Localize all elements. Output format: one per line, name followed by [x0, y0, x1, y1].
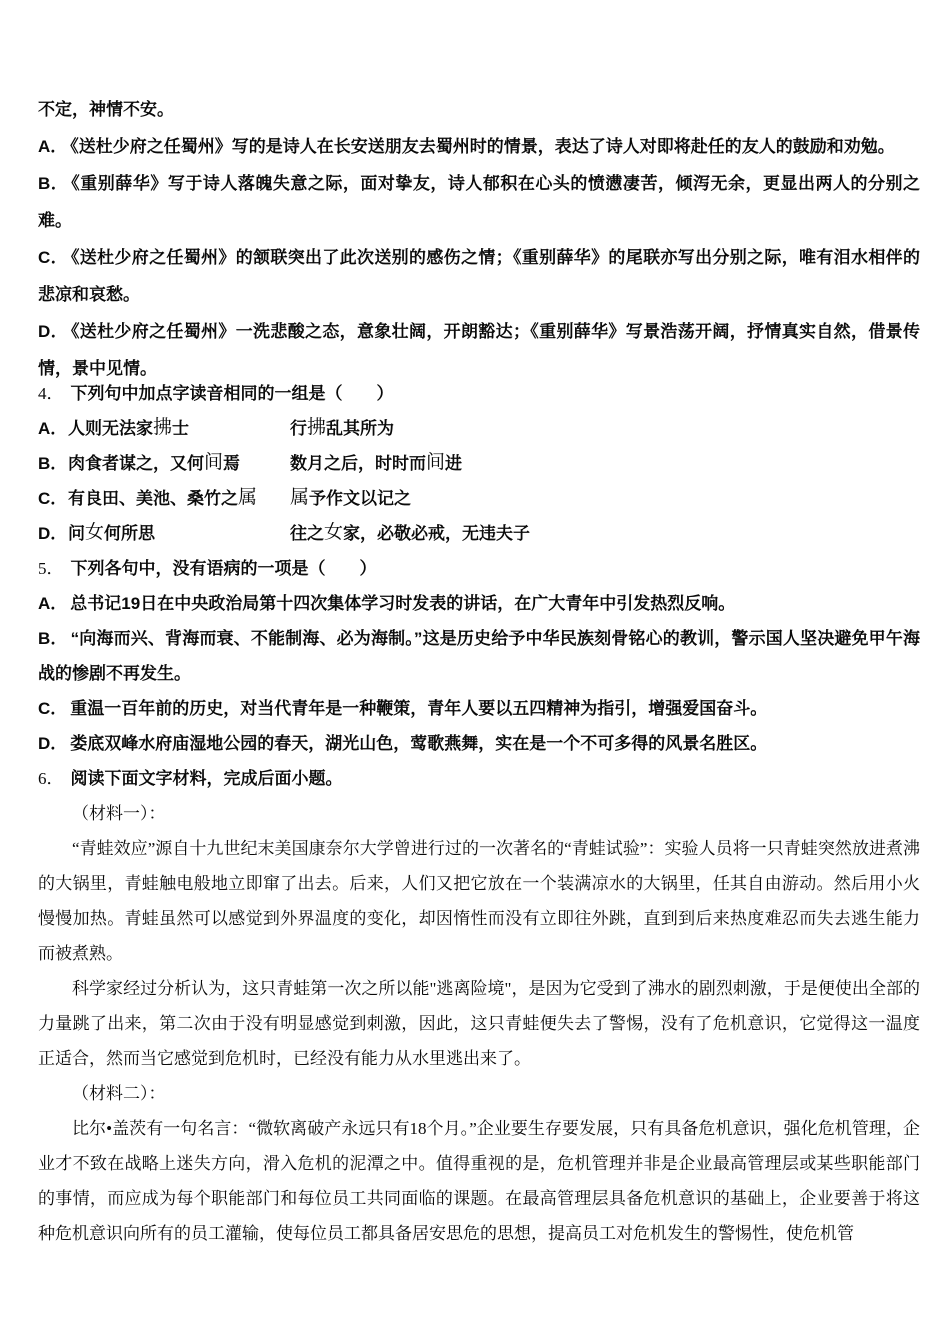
option-left-phrase: 有良田、美池、桑竹之属	[68, 481, 290, 516]
material2-heading: （材料二）：	[38, 1076, 920, 1111]
question4-option-a: A． 人则无法家拂士 行拂乱其所为	[38, 411, 920, 446]
question4: 4．下列句中加点字读音相同的一组是（ ） A． 人则无法家拂士 行拂乱其所为 B…	[38, 376, 920, 551]
emphasized-char: 拂	[307, 417, 326, 438]
question-number: 5．	[38, 559, 64, 578]
question6-stem: 6．阅读下面文字材料，完成后面小题。	[38, 761, 920, 796]
exam-page: 不定，神情不安。 A．《送杜少府之任蜀州》写的是诗人在长安送朋友去蜀州时的情景，…	[0, 0, 950, 1344]
question5-option-c: C．重温一百年前的历史，对当代青年是一种鞭策，青年人要以五四精神为指引，增强爱国…	[38, 691, 920, 726]
question6: 6．阅读下面文字材料，完成后面小题。 （材料一）： “青蛙效应”源自十九世纪末美…	[38, 761, 920, 1251]
option-label: B．	[38, 629, 68, 648]
option-label: A．	[38, 411, 68, 446]
question3-options: A．《送杜少府之任蜀州》写的是诗人在长安送朋友去蜀州时的情景，表达了诗人对即将赴…	[38, 128, 920, 387]
question3-option-b: B．《重别薛华》写于诗人落魄失意之际，面对挚友，诗人郁积在心头的愤懑凄苦，倾泻无…	[38, 165, 920, 239]
option-left-phrase: 问女何所思	[68, 516, 290, 551]
option-right-phrase: 往之女家，必敬必戒，无违夫子	[290, 516, 920, 551]
option-right-phrase: 属予作文以记之	[290, 481, 920, 516]
option-label: B．	[38, 446, 68, 481]
option-label: D．	[38, 322, 68, 341]
question4-stem: 4．下列句中加点字读音相同的一组是（ ）	[38, 376, 920, 411]
question5-option-a: A．总书记19日在中央政治局第十四次集体学习时发表的讲话，在广大青年中引发热烈反…	[38, 586, 920, 621]
option-label: A．	[38, 137, 67, 156]
question3-option-c: C．《送杜少府之任蜀州》的颔联突出了此次送别的感伤之情；《重别薛华》的尾联亦写出…	[38, 239, 920, 313]
option-label: D．	[38, 734, 67, 753]
question3-option-a: A．《送杜少府之任蜀州》写的是诗人在长安送朋友去蜀州时的情景，表达了诗人对即将赴…	[38, 128, 920, 165]
emphasized-char: 属	[290, 487, 309, 508]
question5: 5．下列各句中，没有语病的一项是（ ） A．总书记19日在中央政治局第十四次集体…	[38, 551, 920, 761]
option-text: 娄底双峰水府庙湿地公园的春天，湖光山色，莺歌燕舞，实在是一个不可多得的风景名胜区…	[70, 734, 767, 753]
question-number: 6．	[38, 769, 64, 788]
option-right-phrase: 行拂乱其所为	[290, 411, 920, 446]
option-text: 《送杜少府之任蜀州》写的是诗人在长安送朋友去蜀州时的情景，表达了诗人对即将赴任的…	[70, 137, 895, 156]
option-text: 《重别薛华》写于诗人落魄失意之际，面对挚友，诗人郁积在心头的愤懑凄苦，倾泻无余，…	[38, 174, 920, 230]
emphasized-char: 拂	[153, 417, 172, 438]
option-label: C．	[38, 699, 67, 718]
question3-tail-text: 不定，神情不安。	[38, 91, 920, 128]
stem-text: 下列句中加点字读音相同的一组是（ ）	[71, 384, 394, 403]
emphasized-char: 属	[238, 487, 257, 508]
emphasized-char: 女	[324, 522, 343, 543]
emphasized-char: 间	[426, 452, 445, 473]
option-text: 《送杜少府之任蜀州》一洗悲酸之态，意象壮阔，开朗豁达；《重别薛华》写景浩荡开阔，…	[38, 322, 920, 378]
option-text: 重温一百年前的历史，对当代青年是一种鞭策，青年人要以五四精神为指引，增强爱国奋斗…	[70, 699, 767, 718]
option-text: “向海而兴、背海而衰、不能制海、必为海制。”这是历史给予中华民族刻骨铭心的教训，…	[38, 629, 920, 683]
question4-option-c: C． 有良田、美池、桑竹之属 属予作文以记之	[38, 481, 920, 516]
option-label: A．	[38, 594, 67, 613]
option-label: C．	[38, 481, 68, 516]
stem-text: 阅读下面文字材料，完成后面小题。	[71, 769, 343, 788]
option-label: D．	[38, 516, 68, 551]
material1-heading: （材料一）：	[38, 796, 920, 831]
option-right-phrase: 数月之后，时时而间进	[290, 446, 920, 481]
emphasized-char: 女	[85, 522, 104, 543]
option-label: C．	[38, 248, 68, 267]
emphasized-char: 间	[204, 452, 223, 473]
material2-paragraph-1: 比尔•盖茨有一句名言：“微软离破产永远只有18个月。”企业要生存要发展，只有具备…	[38, 1111, 920, 1251]
option-left-phrase: 肉食者谋之，又何间焉	[68, 446, 290, 481]
question4-option-b: B． 肉食者谋之，又何间焉 数月之后，时时而间进	[38, 446, 920, 481]
option-text: 总书记19日在中央政治局第十四次集体学习时发表的讲话，在广大青年中引发热烈反响。	[70, 594, 735, 613]
exam-content: 不定，神情不安。 A．《送杜少府之任蜀州》写的是诗人在长安送朋友去蜀州时的情景，…	[38, 91, 920, 1251]
material1-paragraph-2: 科学家经过分析认为，这只青蛙第一次之所以能"逃离险境"，是因为它受到了沸水的剧烈…	[38, 971, 920, 1076]
question5-option-b: B．“向海而兴、背海而衰、不能制海、必为海制。”这是历史给予中华民族刻骨铭心的教…	[38, 621, 920, 691]
stem-text: 下列各句中，没有语病的一项是（ ）	[71, 559, 377, 578]
question5-stem: 5．下列各句中，没有语病的一项是（ ）	[38, 551, 920, 586]
question4-option-d: D． 问女何所思 往之女家，必敬必戒，无违夫子	[38, 516, 920, 551]
material1-paragraph-1: “青蛙效应”源自十九世纪末美国康奈尔大学曾进行过的一次著名的“青蛙试验”：实验人…	[38, 831, 920, 971]
option-label: B．	[38, 174, 68, 193]
option-text: 《送杜少府之任蜀州》的颔联突出了此次送别的感伤之情；《重别薛华》的尾联亦写出分别…	[38, 248, 920, 304]
question5-option-d: D．娄底双峰水府庙湿地公园的春天，湖光山色，莺歌燕舞，实在是一个不可多得的风景名…	[38, 726, 920, 761]
question-number: 4．	[38, 384, 64, 403]
option-left-phrase: 人则无法家拂士	[68, 411, 290, 446]
